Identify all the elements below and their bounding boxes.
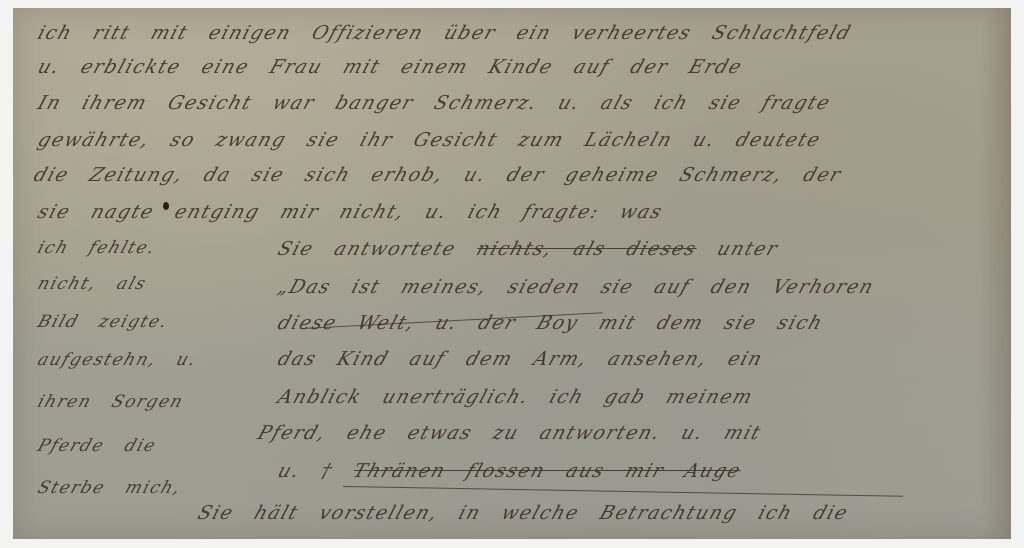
manuscript-line-9: diese Welt, u. der Boy mit dem sie sich bbox=[275, 312, 826, 334]
manuscript-line-5: die Zeitung, da sie sich erhob, u. der g… bbox=[31, 164, 845, 186]
margin-line-5: ihren Sorgen bbox=[35, 392, 186, 412]
manuscript-line-1: ich ritt mit einigen Offizieren über ein… bbox=[35, 22, 855, 44]
strike-line bbox=[343, 486, 903, 497]
manuscript-page: ich ritt mit einigen Offizieren über ein… bbox=[13, 8, 1011, 539]
margin-line-3: Bild zeigte. bbox=[35, 312, 171, 332]
margin-line-2: nicht, als bbox=[35, 274, 149, 294]
margin-line-1: ich fehlte. bbox=[35, 238, 158, 258]
manuscript-line-8: „Das ist meines, sieden sie auf den Verh… bbox=[275, 276, 877, 298]
manuscript-line-11: Anblick unerträglich. ich gab meinem bbox=[275, 386, 756, 408]
margin-line-4: aufgestehn, u. bbox=[35, 350, 199, 370]
ink-blot bbox=[163, 202, 169, 210]
margin-line-7: Sterbe mich, bbox=[35, 478, 184, 498]
manuscript-line-7: Sie antwortete nichts, als dieses unter bbox=[275, 238, 781, 260]
scan-border: ich ritt mit einigen Offizieren über ein… bbox=[0, 0, 1024, 548]
manuscript-line-2: u. erblickte eine Frau mit einem Kinde a… bbox=[35, 56, 746, 78]
manuscript-line-6: sie nagte entging mir nicht, u. ich frag… bbox=[35, 201, 666, 223]
line-13-text: u. † bbox=[275, 460, 336, 482]
margin-line-6: Pferde die bbox=[35, 436, 159, 456]
struck-through-text: nichts, als dieses bbox=[474, 238, 700, 260]
line-7-tail: unter bbox=[714, 238, 781, 260]
manuscript-line-10: das Kind auf dem Arm, ansehen, ein bbox=[275, 348, 766, 370]
manuscript-line-12: Pferd, ehe etwas zu antworten. u. mit bbox=[255, 422, 765, 444]
struck-through-text: Thränen flossen aus mir Auge bbox=[350, 460, 744, 482]
manuscript-line-14: Sie hält vorstellen, in welche Betrachtu… bbox=[195, 502, 851, 524]
manuscript-line-13: u. † Thränen flossen aus mir Auge bbox=[275, 460, 744, 482]
manuscript-line-4: gewährte, so zwang sie ihr Gesicht zum L… bbox=[35, 129, 824, 151]
line-7-text: Sie antwortete bbox=[275, 238, 459, 260]
manuscript-line-3: In ihrem Gesicht war banger Schmerz. u. … bbox=[35, 92, 834, 114]
